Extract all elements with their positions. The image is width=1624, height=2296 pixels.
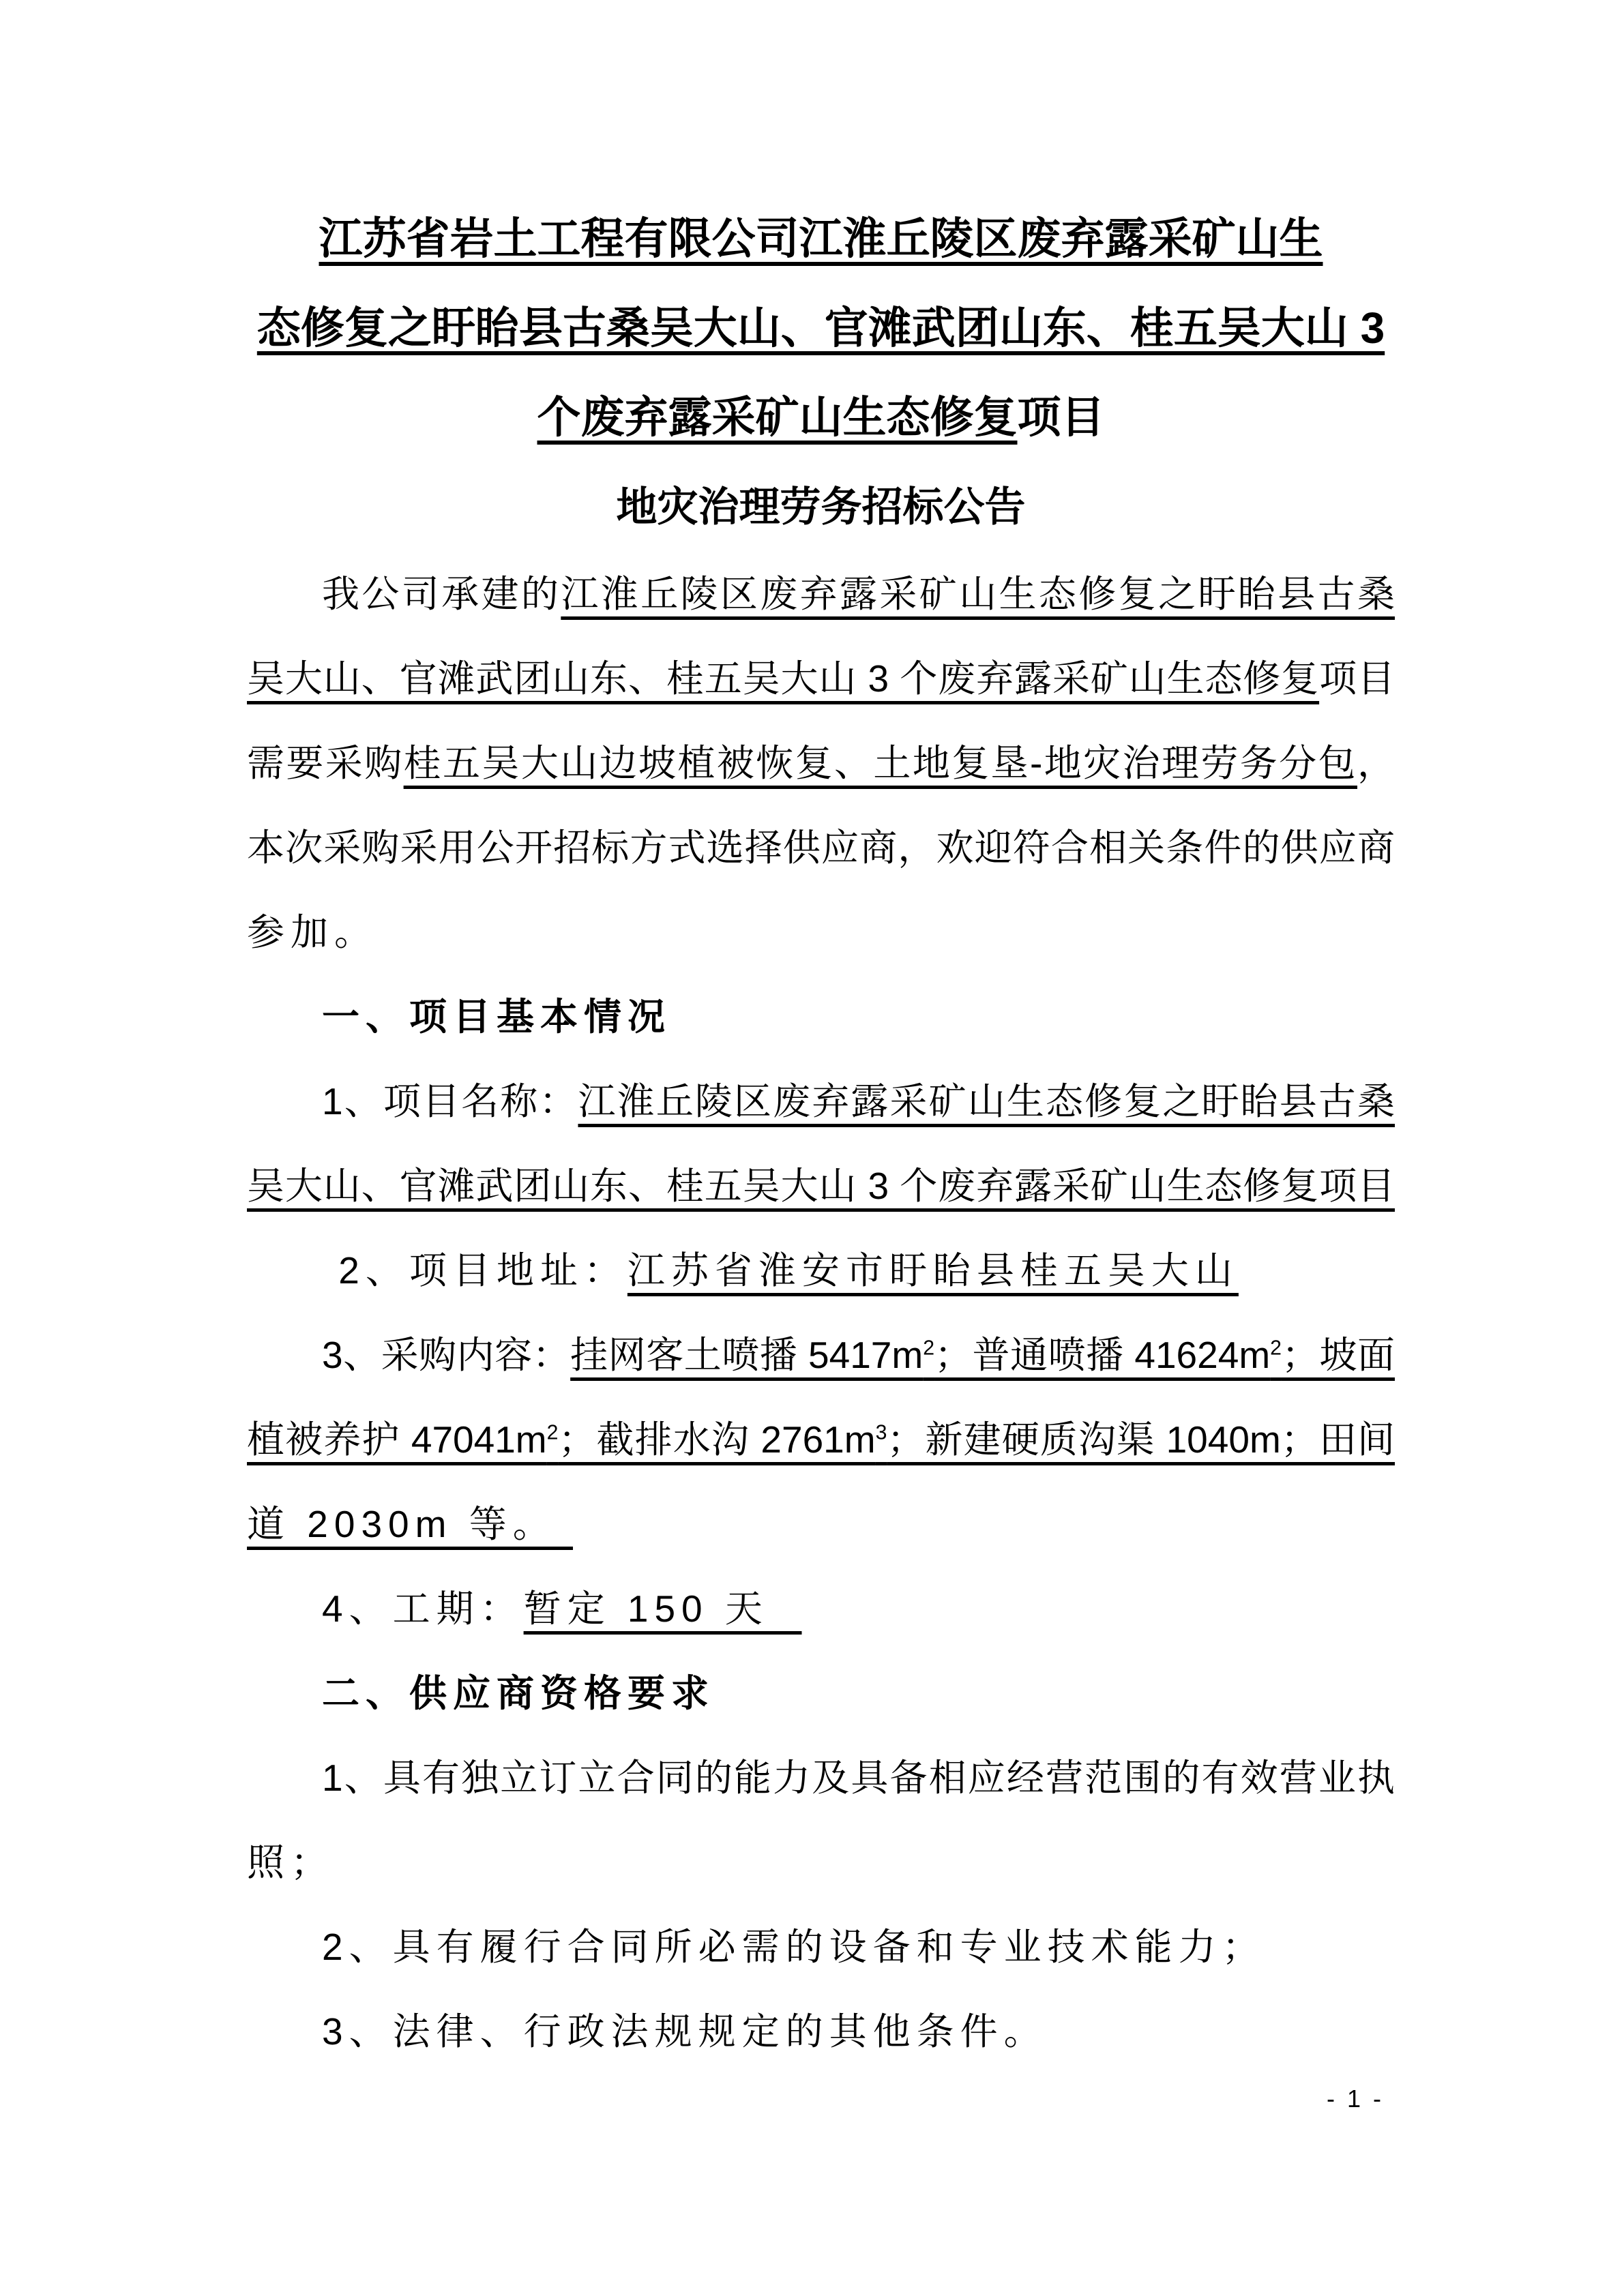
item-line-project-name: 吴大山、官滩武团山东、桂五吴大山 3 个废弃露采矿山生态修复项目 [247,1144,1395,1228]
text-segment: 需要采购 [247,742,404,784]
underlined-text-segment: 江苏省岩土工程有限公司江淮丘陵区废弃露采矿山生 [319,214,1323,263]
underlined-text-segment: ；普通喷播 41624m [934,1334,1270,1376]
paragraph-line: 参加。 [247,890,1395,974]
underlined-text-segment: 个废弃露采矿山生态修复 [537,393,1018,442]
text-segment: 一、项目基本情况 [322,996,671,1038]
text-segment: 二、供应商资格要求 [322,1672,715,1714]
underlined-text-segment: 江淮丘陵区废弃露采矿山生态修复之盱眙县古桑 [578,1080,1395,1122]
section-heading-2: 二、供应商资格要求 [247,1651,1395,1735]
item-line-project-name: 1、项目名称：江淮丘陵区废弃露采矿山生态修复之盱眙县古桑 [247,1059,1395,1144]
title-line-1: 江苏省岩土工程有限公司江淮丘陵区废弃露采矿山生 [247,194,1395,284]
text-segment: 照； [247,1841,334,1883]
underlined-text-segment: 吴大山、官滩武团山东、桂五吴大山 3 个废弃露采矿山生态修复项目 [247,1165,1395,1207]
text-segment: 3、法律、行政法规规定的其他条件。 [322,2010,1048,2053]
text-segment: ， [1357,742,1395,784]
underlined-text-segment: 2 [1270,1334,1282,1376]
item-line-procurement-content: 3、采购内容：挂网客土喷播 5417m2；普通喷播 41624m2；坡面 [247,1313,1395,1397]
underlined-text-segment: 3 [876,1418,887,1461]
underlined-text-segment: ；新建硬质沟渠 1040m；田间 [887,1418,1395,1461]
underlined-text-segment: 桂五吴大山边坡植被恢复、土地复垦-地灾治理劳务分包 [404,742,1357,784]
text-segment: 1、项目名称： [322,1080,578,1122]
text-segment: 项目 [1018,393,1105,442]
underlined-text-segment: 江苏省淮安市盱眙县桂五吴大山 [628,1249,1239,1292]
text-segment: 3、采购内容： [322,1334,570,1376]
paragraph-line: 本次采购采用公开招标方式选择供应商，欢迎符合相关条件的供应商 [247,805,1395,890]
title-line-2: 态修复之盱眙县古桑吴大山、官滩武团山东、桂五吴大山 3 [247,284,1395,373]
title-line-3: 个废弃露采矿山生态修复项目 [247,373,1395,462]
item-line-procurement-content: 植被养护 47041m2；截排水沟 2761m3；新建硬质沟渠 1040m；田间 [247,1397,1395,1482]
text-segment: 4、工期： [322,1587,524,1630]
underlined-text-segment: 吴大山、官滩武团山东、桂五吴大山 3 个废弃露采矿山生态修复 [247,657,1319,700]
item-line-requirement-3: 3、法律、行政法规规定的其他条件。 [247,1989,1395,2074]
subtitle: 地灾治理劳务招标公告 [247,462,1395,552]
underlined-text-segment: 2 [923,1334,934,1376]
paragraph-line: 吴大山、官滩武团山东、桂五吴大山 3 个废弃露采矿山生态修复项目 [247,636,1395,721]
text-segment: 参加。 [247,911,378,953]
underlined-text-segment: ；截排水沟 2761m [558,1418,875,1461]
item-line-requirement-1: 照； [247,1820,1395,1905]
item-line-requirement-1: 1、具有独立订立合同的能力及具备相应经营范围的有效营业执 [247,1735,1395,1820]
underlined-text-segment: 态修复之盱眙县古桑吴大山、官滩武团山东、桂五吴大山 3 [257,303,1385,353]
text-segment: 地灾治理劳务招标公告 [617,484,1026,530]
underlined-text-segment: 挂网客土喷播 5417m [570,1334,923,1376]
underlined-text-segment: 暂定 150 天 [524,1587,802,1630]
underlined-text-segment: ；坡面 [1282,1334,1395,1376]
underlined-text-segment: 道 2030m 等。 [247,1503,573,1545]
item-line-project-address: 2、项目地址：江苏省淮安市盱眙县桂五吴大山 [247,1228,1395,1313]
item-line-procurement-content: 道 2030m 等。 [247,1482,1395,1566]
paragraph-line: 需要采购桂五吴大山边坡植被恢复、土地复垦-地灾治理劳务分包， [247,721,1395,805]
item-line-duration: 4、工期：暂定 150 天 [247,1566,1395,1651]
superscript-text: 2 [1270,1337,1282,1360]
superscript-text: 2 [923,1337,934,1360]
paragraph-line: 我公司承建的江淮丘陵区废弃露采矿山生态修复之盱眙县古桑 [247,552,1395,636]
text-segment: 我公司承建的 [322,573,561,615]
section-heading-1: 一、项目基本情况 [247,974,1395,1059]
page-number: - 1 - [1327,2085,1384,2113]
text-segment: 2、项目地址： [322,1249,628,1292]
underlined-text-segment: 2 [547,1418,559,1461]
underlined-text-segment: 江淮丘陵区废弃露采矿山生态修复之盱眙县古桑 [561,573,1395,615]
text-segment: 项目 [1319,657,1395,700]
text-segment: 本次采购采用公开招标方式选择供应商，欢迎符合相关条件的供应商 [247,826,1395,869]
text-segment: 1、具有独立订立合同的能力及具备相应经营范围的有效营业执 [322,1757,1395,1799]
document-content: 江苏省岩土工程有限公司江淮丘陵区废弃露采矿山生态修复之盱眙县古桑吴大山、官滩武团… [247,194,1395,2074]
superscript-text: 2 [547,1422,559,1444]
document-page: 江苏省岩土工程有限公司江淮丘陵区废弃露采矿山生态修复之盱眙县古桑吴大山、官滩武团… [0,0,1624,2296]
text-segment: 2、具有履行合同所必需的设备和专业技术能力； [322,1926,1266,1968]
item-line-requirement-2: 2、具有履行合同所必需的设备和专业技术能力； [247,1905,1395,1989]
underlined-text-segment: 植被养护 47041m [247,1418,547,1461]
superscript-text: 3 [876,1422,887,1444]
